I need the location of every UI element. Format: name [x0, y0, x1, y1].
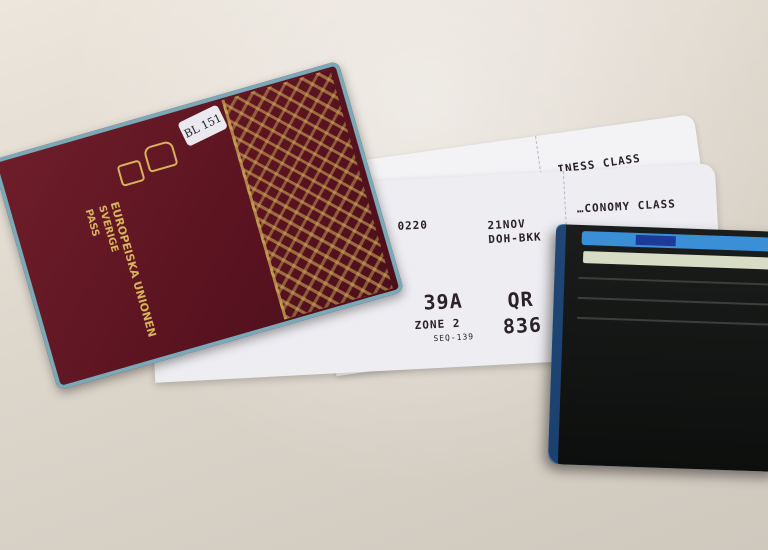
flight-number: 836: [502, 312, 542, 338]
card-wallet: [548, 224, 768, 472]
card-chip: [636, 235, 676, 246]
wallet-slot: [578, 277, 768, 286]
zone: ZONE 2: [414, 317, 460, 332]
airline-code: QR: [507, 287, 534, 312]
wallet-slot: [578, 297, 768, 306]
departure-time: 0220: [397, 218, 428, 233]
biometric-chip-icon: [116, 159, 145, 187]
passport-union: EUROPEISKA UNIONEN: [108, 200, 159, 338]
banknote: [583, 251, 768, 270]
route: DOH-BKK: [488, 230, 542, 246]
coat-of-arms-icon: [143, 140, 179, 173]
flight-date: 21NOV: [487, 217, 526, 232]
seat: 39A: [423, 289, 463, 315]
cabin-class: …CONOMY CLASS: [577, 197, 677, 215]
sequence: SEQ-139: [433, 332, 474, 343]
passport-sticker: BL 151: [177, 104, 228, 147]
wallet-slot: [577, 317, 768, 326]
